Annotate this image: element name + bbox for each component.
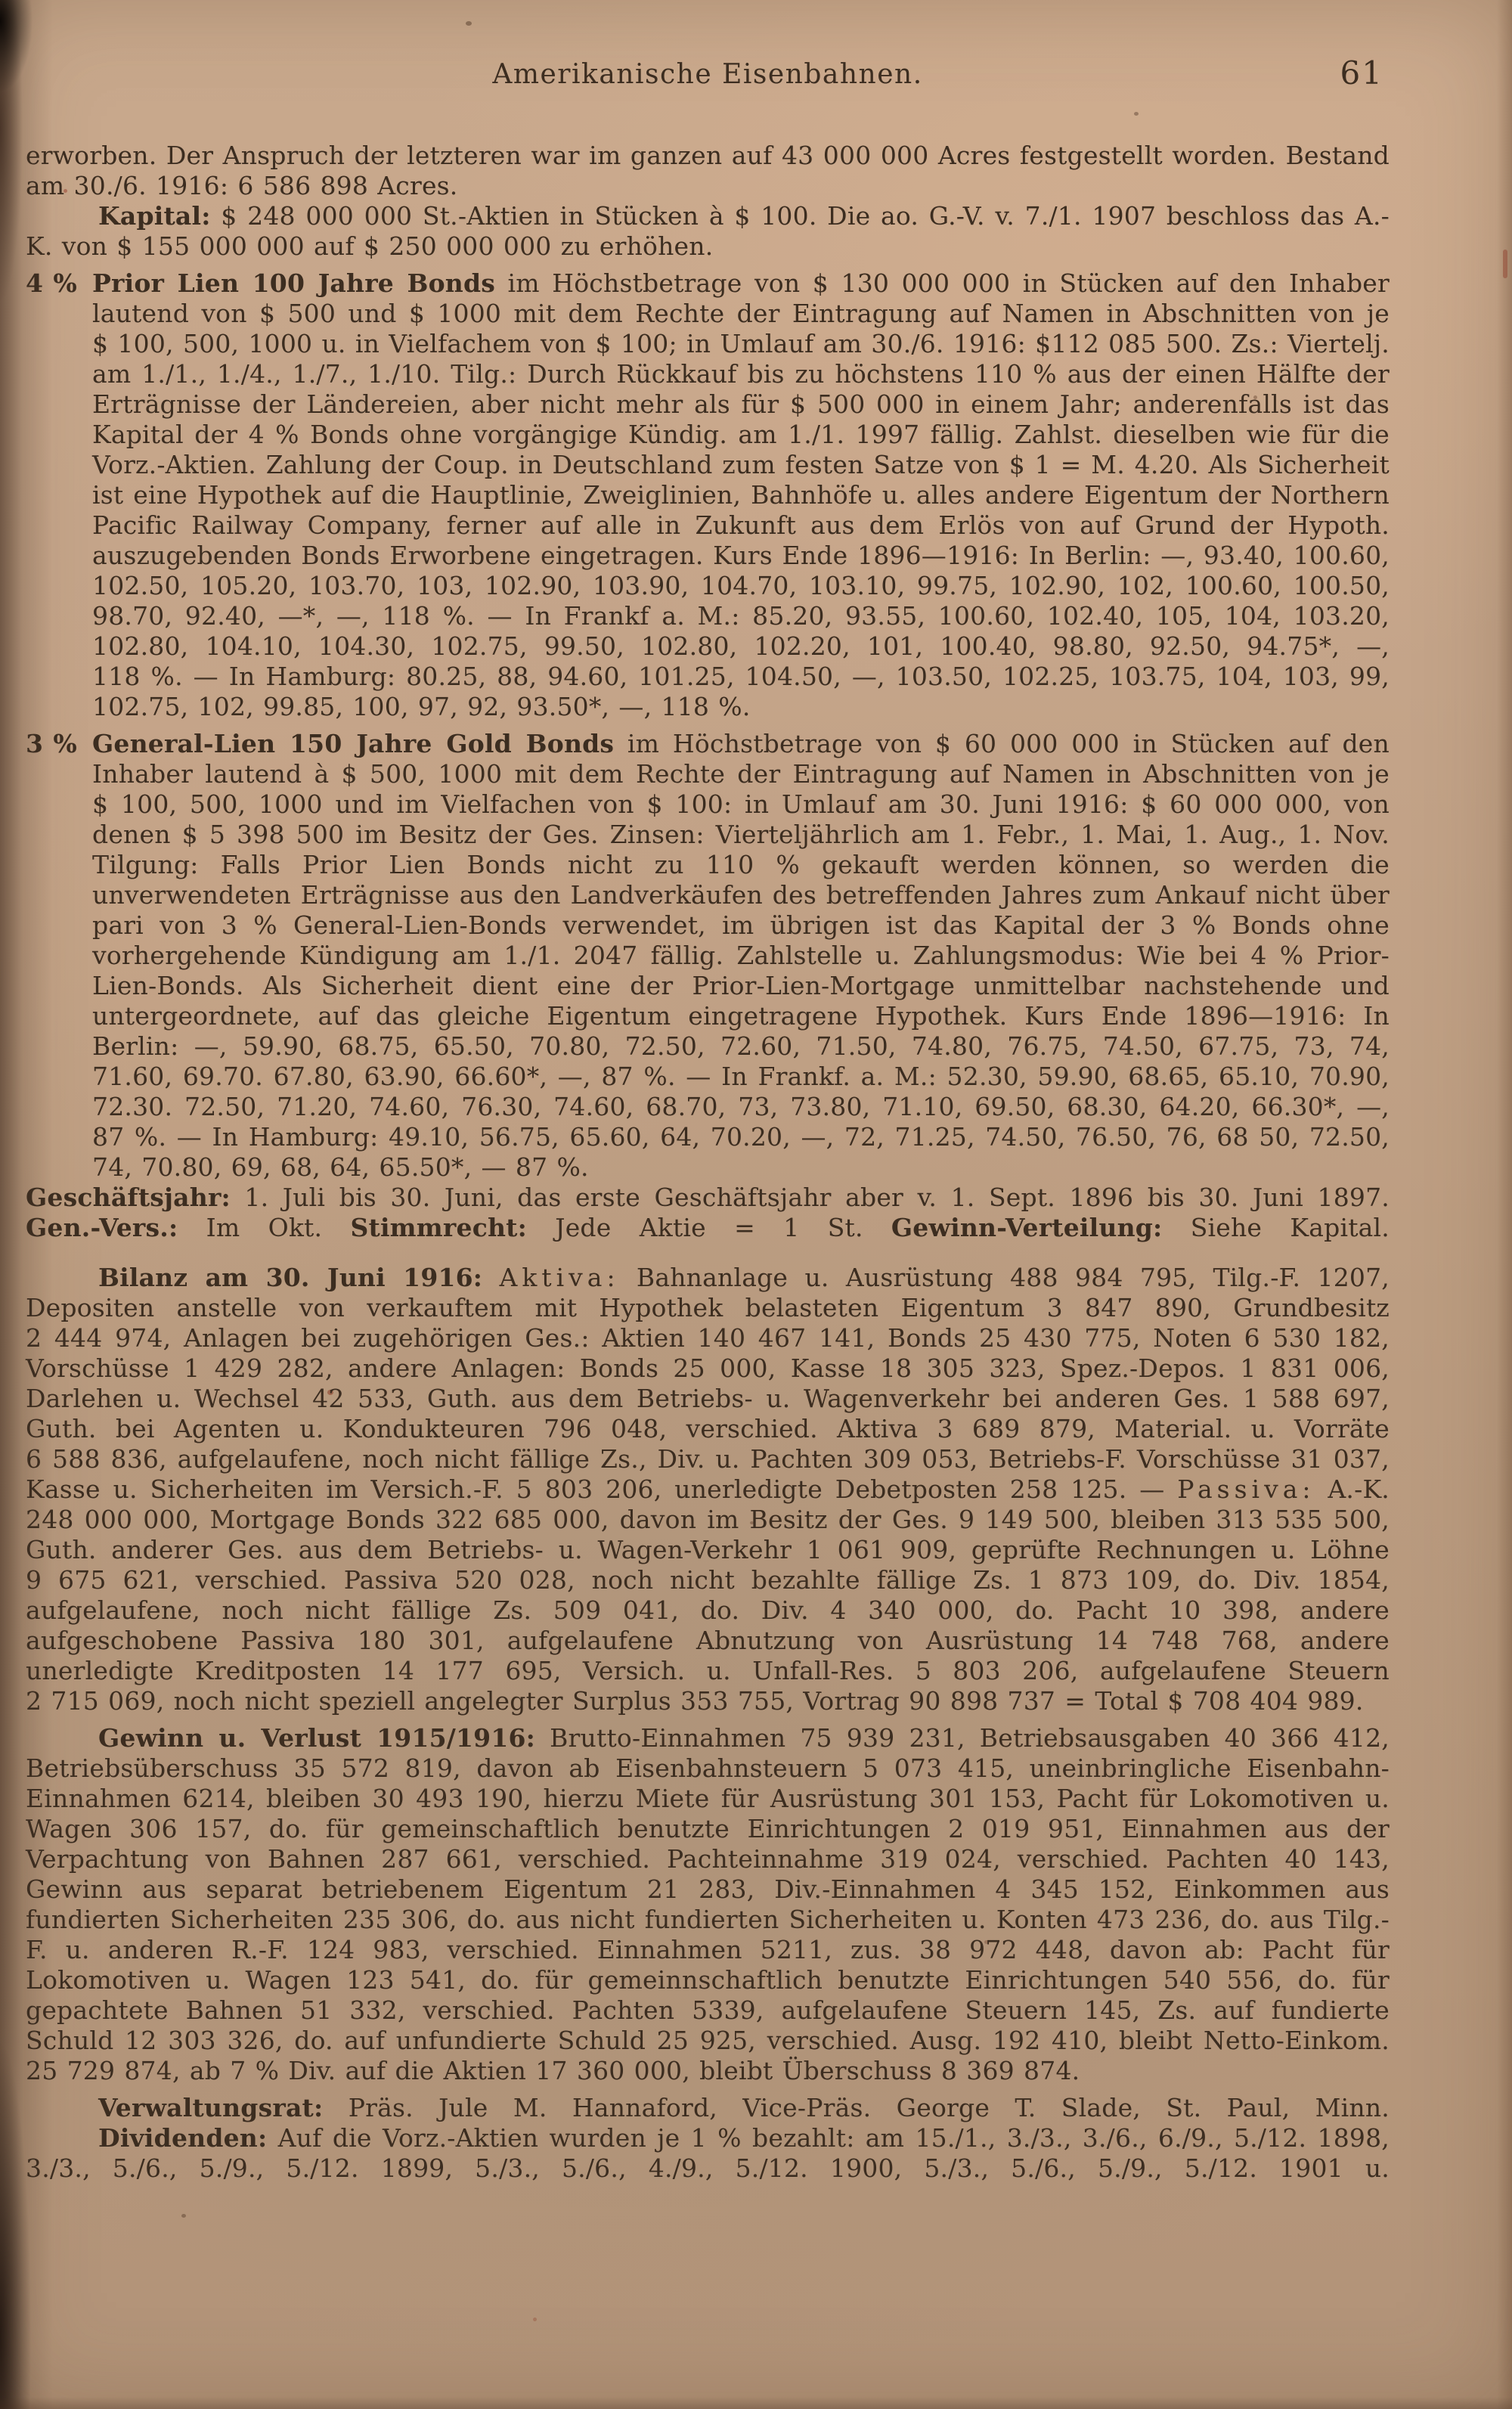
bold-lead: Prior Lien 100 Jahre Bonds xyxy=(92,268,495,298)
paper-speck xyxy=(1503,250,1507,278)
text-run: Bahnanlage u. Ausrüstung 488 984 795, Ti… xyxy=(26,1263,1390,1504)
paragraph-gen-vers-stimmrecht: Gen.-Vers.: Im Okt. Stimmrecht: Jede Akt… xyxy=(26,1213,1390,1243)
text-run: Im Okt. xyxy=(178,1213,350,1242)
book-page: Amerikanische Eisenbahnen. 61 erworben. … xyxy=(0,0,1512,2409)
paragraph-land-grant: erworben. Der Anspruch der letzteren war… xyxy=(26,141,1390,201)
bold-lead: General-Lien 150 Jahre Gold Bonds xyxy=(92,729,614,758)
text-run: Jede Aktie = 1 St. xyxy=(527,1213,891,1242)
paragraph-gewinn-verlust: Gewinn u. Verlust 1915/1916: Brutto-Einn… xyxy=(26,1723,1390,2086)
bold-lead: Stimmrecht: xyxy=(350,1213,527,1242)
text-run: 1. Juli bis 30. Juni, das erste Geschäft… xyxy=(231,1183,1390,1212)
bold-lead: Dividenden: xyxy=(98,2123,267,2153)
text-run: erworben. Der Anspruch der letzteren war… xyxy=(26,141,1390,200)
interest-rate-label: 4 % xyxy=(26,268,77,299)
bold-lead: Kapital: xyxy=(98,201,211,231)
bold-lead: Bilanz am 30. Juni 1916: xyxy=(98,1263,482,1292)
bold-lead: Gewinn u. Verlust 1915/1916: xyxy=(98,1723,535,1753)
paper-speck xyxy=(466,21,472,26)
text-run xyxy=(482,1263,499,1292)
text-run: Brutto-Einnahmen 75 939 231, Betriebsaus… xyxy=(26,1723,1390,2085)
text-run: Passiva: xyxy=(1177,1474,1315,1504)
page-number: 61 xyxy=(1340,54,1383,91)
bold-lead: Verwaltungsrat: xyxy=(98,2093,323,2122)
text-run: Siehe Kapital. xyxy=(1162,1213,1390,1242)
paragraph-verwaltungsrat: Verwaltungsrat: Präs. Jule M. Hannaford,… xyxy=(26,2093,1390,2123)
paragraph-bilanz: Bilanz am 30. Juni 1916: Aktiva: Bahnanl… xyxy=(26,1263,1390,1716)
paper-speck xyxy=(533,2318,537,2321)
paper-speck xyxy=(181,2214,186,2218)
bold-lead: Gen.-Vers.: xyxy=(26,1213,178,1242)
paragraph-dividenden: Dividenden: Auf die Vorz.-Aktien wurden … xyxy=(26,2123,1390,2184)
page-header: Amerikanische Eisenbahnen. 61 xyxy=(26,59,1390,90)
page-edge-right xyxy=(1497,0,1512,2409)
text-run: im Höchstbetrage von $ 60 000 000 in Stü… xyxy=(92,729,1390,1182)
bold-lead: Geschäftsjahr: xyxy=(26,1183,231,1212)
paper-speck xyxy=(1134,112,1139,116)
body-text: erworben. Der Anspruch der letzteren war… xyxy=(26,141,1390,2184)
interest-rate-label: 3 % xyxy=(26,729,77,759)
text-run: A.-K. 248 000 000, Mortgage Bonds 322 68… xyxy=(26,1474,1390,1716)
text-run: Präs. Jule M. Hannaford, Vice-Präs. Geor… xyxy=(323,2093,1390,2122)
paragraph-general-lien-bonds: 3 %General-Lien 150 Jahre Gold Bonds im … xyxy=(92,729,1390,1183)
paragraph-kapital: Kapital: $ 248 000 000 St.-Aktien in Stü… xyxy=(26,201,1390,262)
text-run: im Höchstbetrage von $ 130 000 000 in St… xyxy=(92,268,1390,721)
text-run: $ 248 000 000 St.-Aktien in Stücken à $ … xyxy=(26,201,1390,261)
bold-lead: Gewinn-Verteilung: xyxy=(891,1213,1163,1242)
text-run: Aktiva: xyxy=(500,1263,620,1292)
paragraph-geschaeftsjahr: Geschäftsjahr: 1. Juli bis 30. Juni, das… xyxy=(26,1183,1390,1213)
running-title: Amerikanische Eisenbahnen. xyxy=(492,59,922,90)
page-edge-bottom xyxy=(0,2397,1512,2409)
paragraph-prior-lien-bonds: 4 %Prior Lien 100 Jahre Bonds im Höchstb… xyxy=(92,268,1390,722)
